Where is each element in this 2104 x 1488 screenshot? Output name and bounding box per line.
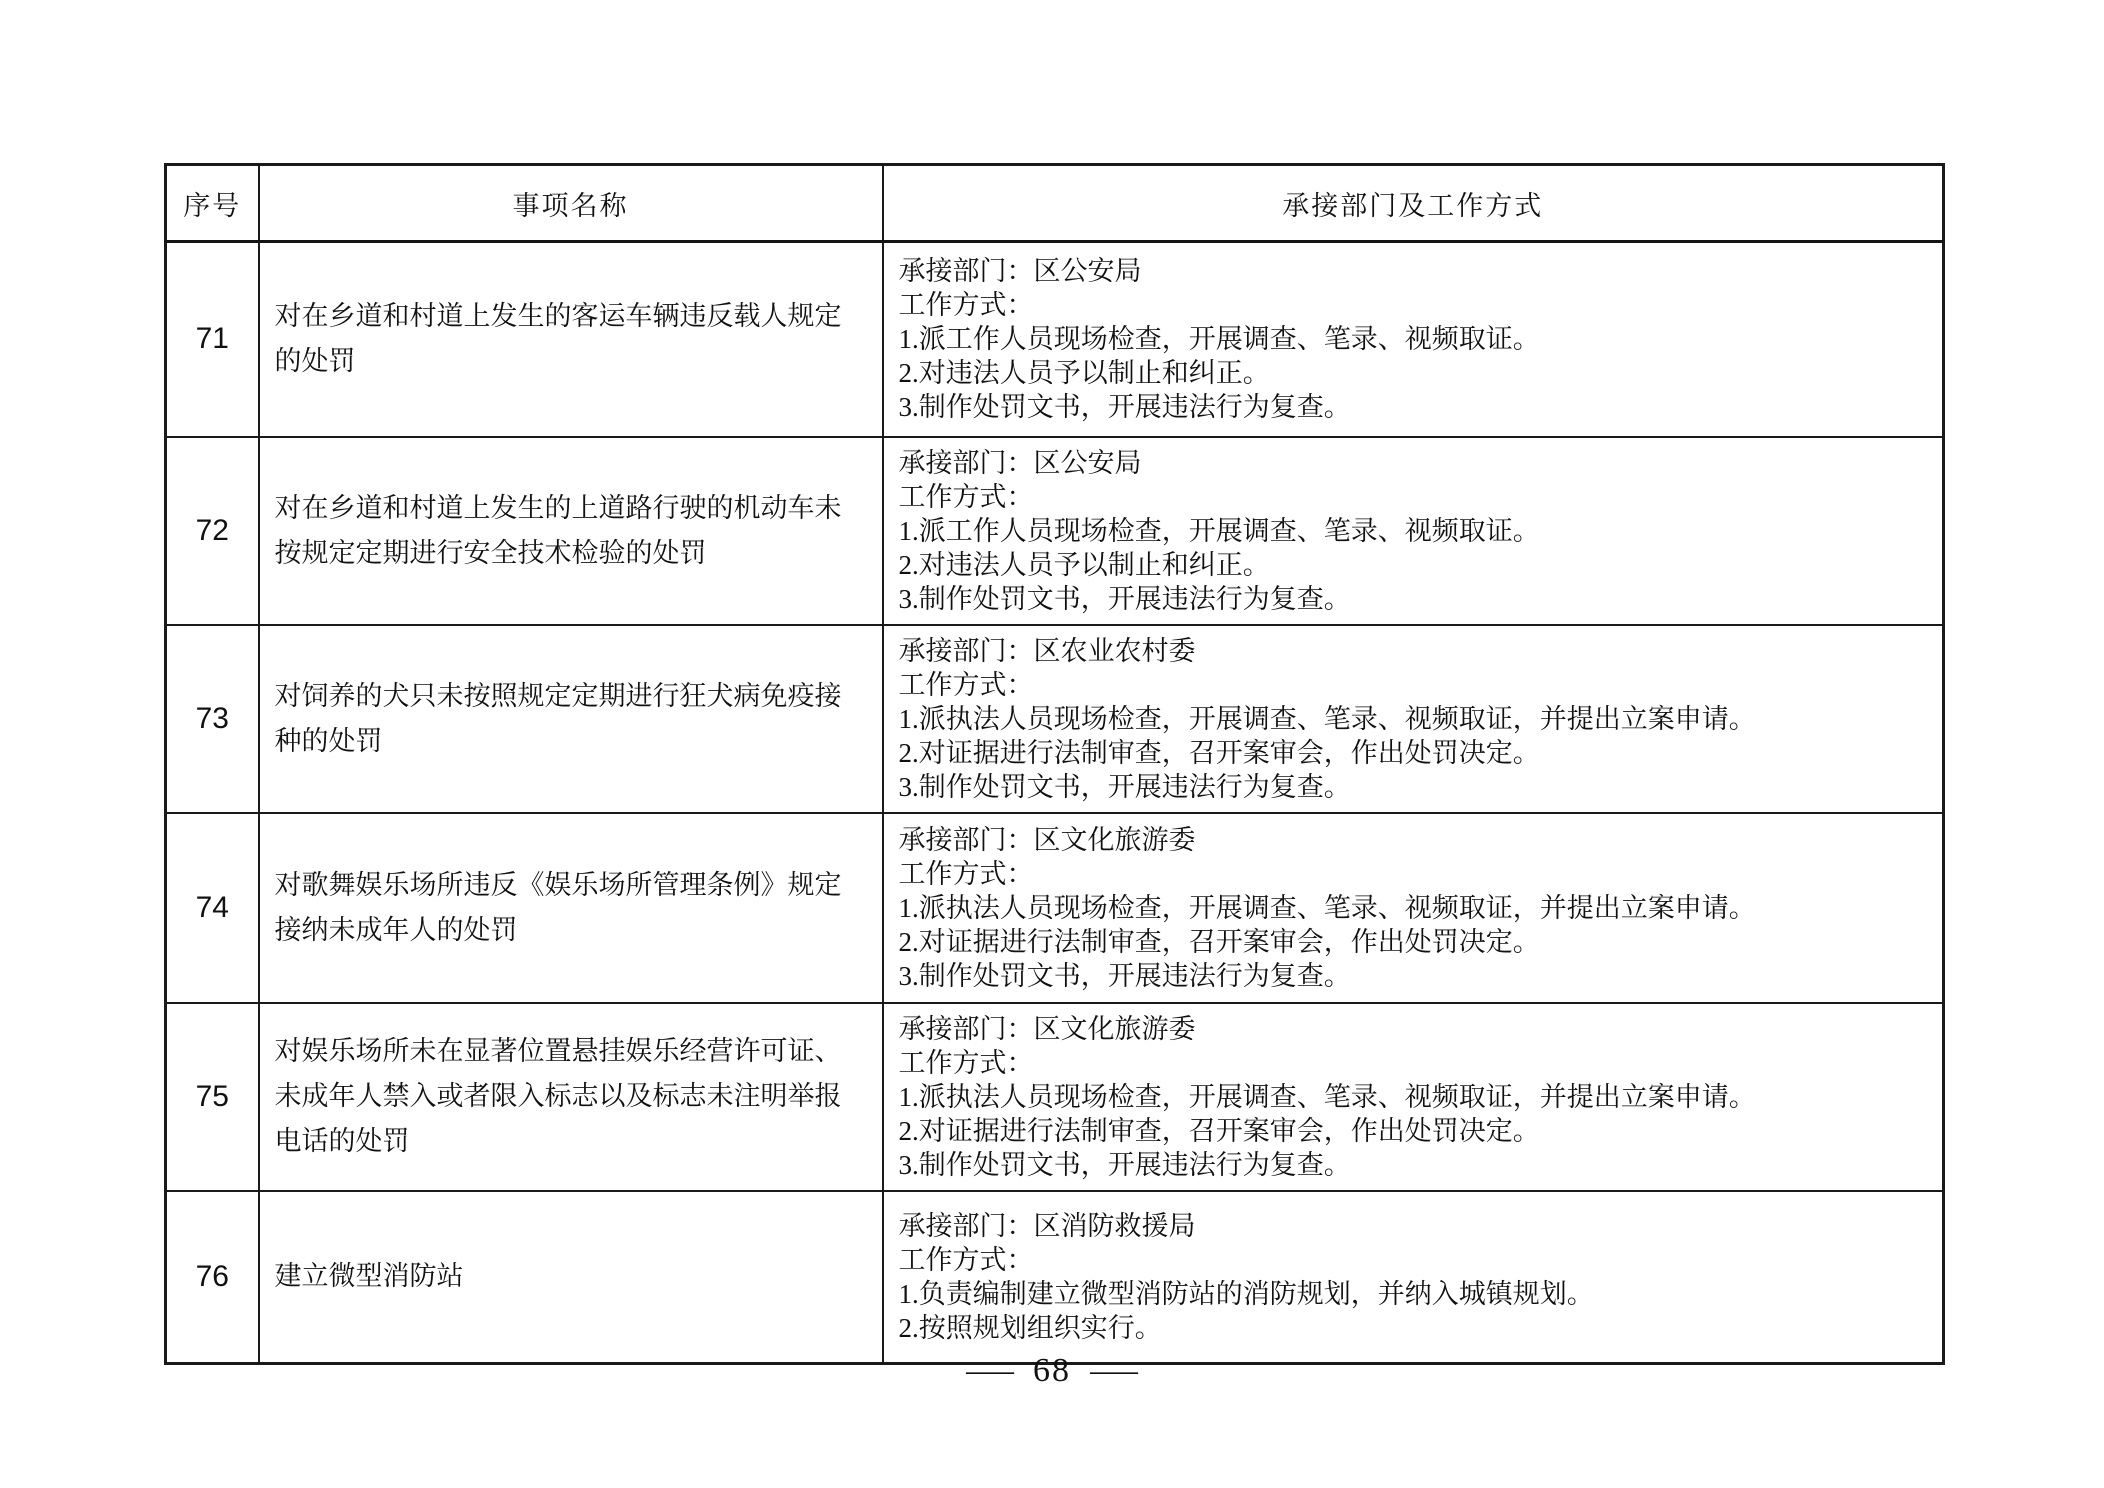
column-header-index: 序号 xyxy=(166,165,259,242)
matter-name: 对在乡道和村道上发生的上道路行驶的机动车未按规定定期进行安全技术检验的处罚 xyxy=(259,437,883,625)
column-header-department-method: 承接部门及工作方式 xyxy=(883,165,1944,242)
matter-name: 对饲养的犬只未按照规定定期进行狂犬病免疫接种的处罚 xyxy=(259,625,883,813)
department-and-method: 承接部门：区文化旅游委 工作方式： 1.派执法人员现场检查，开展调查、笔录、视频… xyxy=(883,1003,1944,1191)
row-index: 72 xyxy=(166,437,259,625)
method-step: 3.制作处罚文书，开展违法行为复查。 xyxy=(899,582,1923,616)
method-step: 1.派执法人员现场检查，开展调查、笔录、视频取证，并提出立案申请。 xyxy=(899,891,1923,925)
department-and-method: 承接部门：区文化旅游委 工作方式： 1.派执法人员现场检查，开展调查、笔录、视频… xyxy=(883,813,1944,1003)
method-label: 工作方式： xyxy=(899,288,1923,322)
method-step: 1.派工作人员现场检查，开展调查、笔录、视频取证。 xyxy=(899,514,1923,548)
table-row: 72 对在乡道和村道上发生的上道路行驶的机动车未按规定定期进行安全技术检验的处罚… xyxy=(166,437,1944,625)
method-label: 工作方式： xyxy=(899,1046,1923,1080)
table-row: 75 对娱乐场所未在显著位置悬挂娱乐经营许可证、未成年人禁入或者限入标志以及标志… xyxy=(166,1003,1944,1191)
page-number: —68— xyxy=(0,1352,2104,1390)
column-header-matter-name: 事项名称 xyxy=(259,165,883,242)
method-step: 2.对违法人员予以制止和纠正。 xyxy=(899,548,1923,582)
method-label: 工作方式： xyxy=(899,857,1923,891)
department-and-method: 承接部门：区消防救援局 工作方式： 1.负责编制建立微型消防站的消防规划，并纳入… xyxy=(883,1191,1944,1364)
department-and-method: 承接部门：区公安局 工作方式： 1.派工作人员现场检查，开展调查、笔录、视频取证… xyxy=(883,242,1944,437)
method-step: 1.派工作人员现场检查，开展调查、笔录、视频取证。 xyxy=(899,322,1923,356)
method-step: 1.派执法人员现场检查，开展调查、笔录、视频取证，并提出立案申请。 xyxy=(899,1080,1923,1114)
method-step: 2.对违法人员予以制止和纠正。 xyxy=(899,356,1923,390)
matter-name: 建立微型消防站 xyxy=(259,1191,883,1364)
document-page: 序号 事项名称 承接部门及工作方式 71 对在乡道和村道上发生的客运车辆违反载人… xyxy=(0,0,2104,1488)
method-step: 3.制作处罚文书，开展违法行为复查。 xyxy=(899,770,1923,804)
department-and-method: 承接部门：区农业农村委 工作方式： 1.派执法人员现场检查，开展调查、笔录、视频… xyxy=(883,625,1944,813)
row-index: 75 xyxy=(166,1003,259,1191)
department-line: 承接部门：区公安局 xyxy=(899,446,1923,480)
row-index: 74 xyxy=(166,813,259,1003)
table-row: 71 对在乡道和村道上发生的客运车辆违反载人规定的处罚 承接部门：区公安局 工作… xyxy=(166,242,1944,437)
department-line: 承接部门：区文化旅游委 xyxy=(899,1012,1923,1046)
department-line: 承接部门：区文化旅游委 xyxy=(899,823,1923,857)
method-label: 工作方式： xyxy=(899,668,1923,702)
table-header-row: 序号 事项名称 承接部门及工作方式 xyxy=(166,165,1944,242)
page-number-dash-left: — xyxy=(966,1352,1014,1390)
department-line: 承接部门：区消防救援局 xyxy=(899,1209,1923,1243)
method-step: 3.制作处罚文书，开展违法行为复查。 xyxy=(899,1148,1923,1182)
method-label: 工作方式： xyxy=(899,1243,1923,1277)
table-row: 76 建立微型消防站 承接部门：区消防救援局 工作方式： 1.负责编制建立微型消… xyxy=(166,1191,1944,1364)
page-number-value: 68 xyxy=(1033,1352,1071,1390)
department-line: 承接部门：区公安局 xyxy=(899,254,1923,288)
matter-name: 对歌舞娱乐场所违反《娱乐场所管理条例》规定接纳未成年人的处罚 xyxy=(259,813,883,1003)
matters-table: 序号 事项名称 承接部门及工作方式 71 对在乡道和村道上发生的客运车辆违反载人… xyxy=(164,163,1945,1365)
method-step: 1.派执法人员现场检查，开展调查、笔录、视频取证，并提出立案申请。 xyxy=(899,702,1923,736)
row-index: 76 xyxy=(166,1191,259,1364)
table-row: 73 对饲养的犬只未按照规定定期进行狂犬病免疫接种的处罚 承接部门：区农业农村委… xyxy=(166,625,1944,813)
department-line: 承接部门：区农业农村委 xyxy=(899,634,1923,668)
method-step: 2.对证据进行法制审查，召开案审会，作出处罚决定。 xyxy=(899,1114,1923,1148)
row-index: 73 xyxy=(166,625,259,813)
method-step: 3.制作处罚文书，开展违法行为复查。 xyxy=(899,959,1923,993)
department-and-method: 承接部门：区公安局 工作方式： 1.派工作人员现场检查，开展调查、笔录、视频取证… xyxy=(883,437,1944,625)
row-index: 71 xyxy=(166,242,259,437)
table-row: 74 对歌舞娱乐场所违反《娱乐场所管理条例》规定接纳未成年人的处罚 承接部门：区… xyxy=(166,813,1944,1003)
page-number-dash-right: — xyxy=(1090,1352,1138,1390)
method-step: 2.对证据进行法制审查，召开案审会，作出处罚决定。 xyxy=(899,925,1923,959)
matter-name: 对娱乐场所未在显著位置悬挂娱乐经营许可证、未成年人禁入或者限入标志以及标志未注明… xyxy=(259,1003,883,1191)
method-label: 工作方式： xyxy=(899,480,1923,514)
method-step: 2.对证据进行法制审查，召开案审会，作出处罚决定。 xyxy=(899,736,1923,770)
matter-name: 对在乡道和村道上发生的客运车辆违反载人规定的处罚 xyxy=(259,242,883,437)
method-step: 2.按照规划组织实行。 xyxy=(899,1311,1923,1345)
method-step: 1.负责编制建立微型消防站的消防规划，并纳入城镇规划。 xyxy=(899,1277,1923,1311)
method-step: 3.制作处罚文书，开展违法行为复查。 xyxy=(899,390,1923,424)
